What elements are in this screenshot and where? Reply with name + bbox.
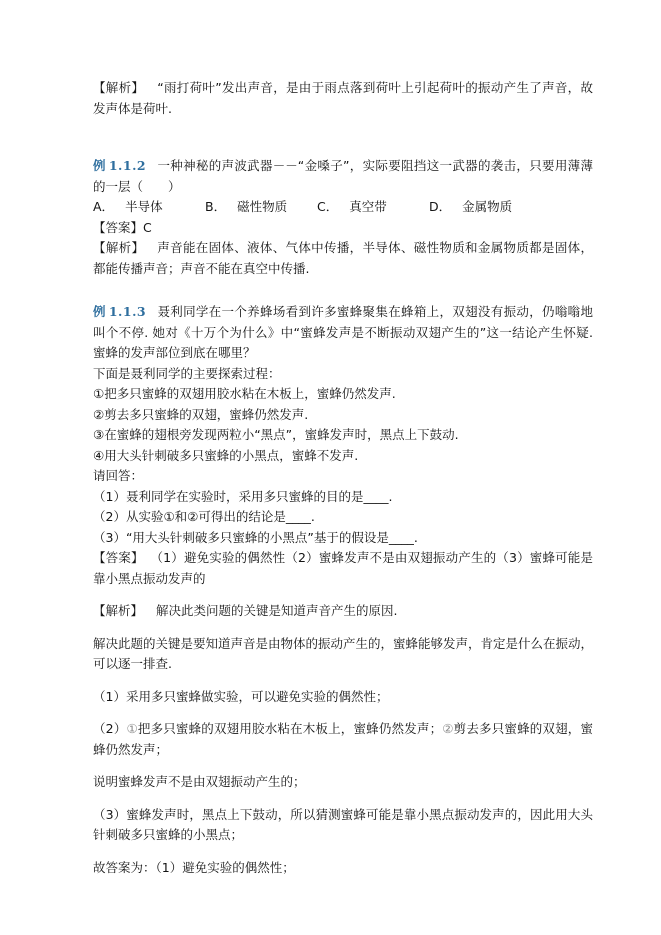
example-113-analysis-paragraph: 【解析】解决此类问题的关键是知道声音产生的原因. bbox=[93, 601, 593, 622]
example-112-answer-label: 【答案】 bbox=[93, 220, 143, 235]
example-112-analysis-label: 【解析】 bbox=[93, 240, 144, 255]
analysis-point-2-text-1: 把多只蜜蜂的双翅用胶水粘在木板上，蜜蜂仍然发声； bbox=[138, 721, 442, 736]
option-b-text: 磁性物质 bbox=[237, 199, 287, 214]
analysis-point-2: （2）①把多只蜜蜂的双翅用胶水粘在木板上，蜜蜂仍然发声；②剪去多只蜜蜂的双翅，蜜… bbox=[93, 719, 593, 760]
sub-question-1: （1）聂利同学在实验时，采用多只蜜蜂的目的是____. bbox=[93, 487, 593, 508]
example-112-section: 例1.1.2一种神秘的声波武器－－“金嗓子”，实际要阻挡这一武器的袭击，只要用薄… bbox=[93, 156, 593, 279]
example-113-answer-label: 【答案】 bbox=[93, 550, 144, 565]
option-c-key: C． bbox=[317, 199, 338, 214]
option-d-key: D． bbox=[429, 199, 451, 214]
analysis-point-2-prefix: （2） bbox=[93, 721, 127, 736]
example-112-analysis-paragraph: 【解析】声音能在固体、液体、气体中传播，半导体、磁性物质和金属物质都是固体，都能… bbox=[93, 238, 593, 279]
option-b-key: B． bbox=[205, 199, 226, 214]
option-b: B．磁性物质 bbox=[205, 197, 317, 218]
example-113-question-paragraph: 例1.1.3聂利同学在一个养蜂场看到许多蜜蜂聚集在蜂箱上，双翅没有振动，仍嗡嗡地… bbox=[93, 302, 593, 364]
option-a: A．半导体 bbox=[93, 197, 205, 218]
option-d: D．金属物质 bbox=[429, 197, 512, 218]
example-113-label-zi: 例 bbox=[93, 304, 106, 319]
analysis-point-3: （3）蜜蜂发声时，黑点上下鼓动，所以猜测蜜蜂可能是靠小黑点振动发声的，因此用大头… bbox=[93, 805, 593, 846]
option-a-key: A． bbox=[93, 199, 114, 214]
questions-intro: 请回答： bbox=[93, 466, 593, 487]
example-112-label: 例1.1.2 bbox=[93, 158, 146, 173]
circled-2-marker: ② bbox=[442, 721, 454, 736]
example-113-label-number: 1.1.3 bbox=[109, 304, 146, 319]
example-113-label: 例1.1.3 bbox=[93, 304, 146, 319]
example-112-question-text: 一种神秘的声波武器－－“金嗓子”，实际要阻挡这一武器的袭击，只要用薄薄的一层（ … bbox=[93, 158, 593, 194]
example-112-label-zi: 例 bbox=[93, 158, 106, 173]
example-112-analysis-text: 声音能在固体、液体、气体中传播，半导体、磁性物质和金属物质都是固体，都能传播声音… bbox=[93, 240, 593, 276]
sub-question-2: （2）从实验①和②可得出的结论是____. bbox=[93, 507, 593, 528]
example-112-label-number: 1.1.2 bbox=[109, 158, 146, 173]
example-112-answer-paragraph: 【答案】C bbox=[93, 218, 593, 239]
example-112-question-paragraph: 例1.1.2一种神秘的声波武器－－“金嗓子”，实际要阻挡这一武器的袭击，只要用薄… bbox=[93, 156, 593, 197]
experiment-step-2: ②剪去多只蜜蜂的双翅，蜜蜂仍然发声. bbox=[93, 405, 593, 426]
example-113-analysis-intro: 解决此类问题的关键是知道声音产生的原因. bbox=[156, 603, 397, 618]
example-113-section: 例1.1.3聂利同学在一个养蜂场看到许多蜜蜂聚集在蜂箱上，双翅没有振动，仍嗡嗡地… bbox=[93, 302, 593, 878]
process-intro: 下面是聂利同学的主要探索过程： bbox=[93, 364, 593, 385]
example-113-answer-paragraph: 【答案】（1）避免实验的偶然性（2）蜜蜂发声不是由双翅振动产生的（3）蜜蜂可能是… bbox=[93, 548, 593, 589]
analysis-final-answer: 故答案为：（1）避免实验的偶然性； bbox=[93, 858, 593, 879]
prev-solution-paragraph: 【解析】“雨打荷叶”发出声音，是由于雨点落到荷叶上引起荷叶的振动产生了声音，故发… bbox=[93, 78, 593, 119]
circled-1-marker: ① bbox=[127, 721, 138, 736]
analysis-conclusion: 说明蜜蜂发声不是由双翅振动产生的； bbox=[93, 772, 593, 793]
example-112-options-row: A．半导体 B．磁性物质 C．真空带 D．金属物质 bbox=[93, 197, 593, 218]
prev-solution-analysis-label: 【解析】 bbox=[93, 80, 144, 95]
option-a-text: 半导体 bbox=[125, 199, 163, 214]
sub-question-3: （3）“用大头针刺破多只蜜蜂的小黑点”基于的假设是____. bbox=[93, 528, 593, 549]
analysis-point-1: （1）采用多只蜜蜂做实验，可以避免实验的偶然性； bbox=[93, 687, 593, 708]
example-113-analysis-label: 【解析】 bbox=[93, 603, 143, 618]
experiment-step-1: ①把多只蜜蜂的双翅用胶水粘在木板上，蜜蜂仍然发声. bbox=[93, 384, 593, 405]
option-c-text: 真空带 bbox=[349, 199, 387, 214]
example-113-answer-text: （1）避免实验的偶然性（2）蜜蜂发声不是由双翅振动产生的（3）蜜蜂可能是靠小黑点… bbox=[93, 550, 593, 586]
example-113-question-text: 聂利同学在一个养蜂场看到许多蜜蜂聚集在蜂箱上，双翅没有振动，仍嗡嗡地叫个不停. … bbox=[93, 304, 593, 360]
option-c: C．真空带 bbox=[317, 197, 429, 218]
analysis-key-point: 解决此题的关键是要知道声音是由物体的振动产生的，蜜蜂能够发声，肯定是什么在振动，… bbox=[93, 634, 593, 675]
prev-solution-text: “雨打荷叶”发出声音，是由于雨点落到荷叶上引起荷叶的振动产生了声音，故发声体是荷… bbox=[93, 80, 593, 116]
example-112-answer-value: C bbox=[143, 220, 152, 235]
experiment-step-3: ③在蜜蜂的翅根旁发现两粒小“黑点”，蜜蜂发声时，黑点上下鼓动. bbox=[93, 425, 593, 446]
experiment-step-4: ④用大头针刺破多只蜜蜂的小黑点，蜜蜂不发声. bbox=[93, 446, 593, 467]
document-page: 【解析】“雨打荷叶”发出声音，是由于雨点落到荷叶上引起荷叶的振动产生了声音，故发… bbox=[0, 0, 661, 935]
option-d-text: 金属物质 bbox=[462, 199, 512, 214]
